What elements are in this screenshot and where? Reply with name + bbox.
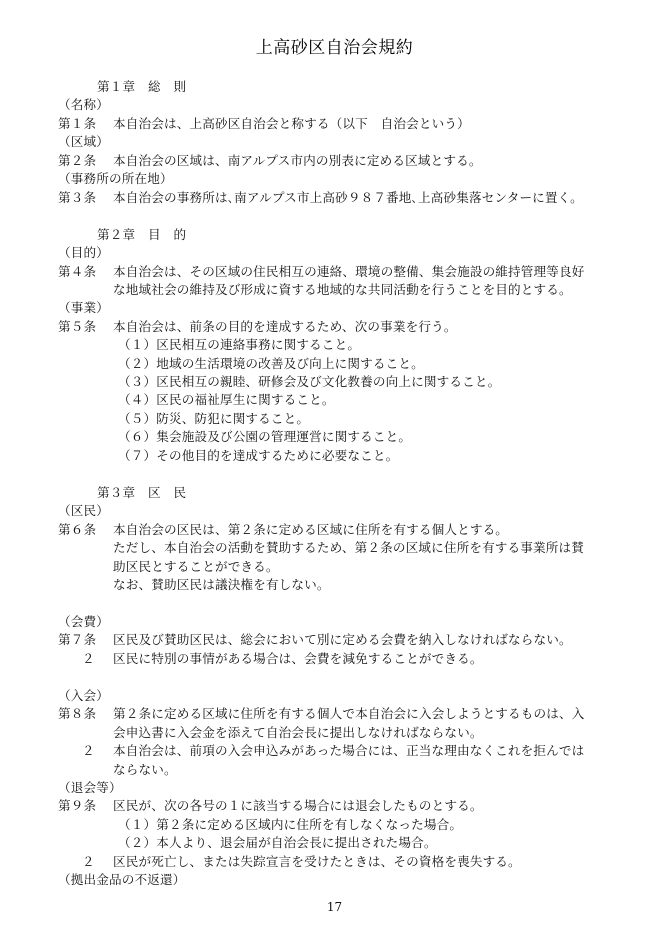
article-continuation: ただし、本自治会の活動を賛助するため、第２条の区域に住所を有する事業所は賛 <box>113 539 584 557</box>
list-item: （６）集会施設及び公園の管理運営に関すること。 <box>118 428 411 446</box>
article-continuation: 会申込書に入会金を添えて自治会長に提出しなければならない。 <box>113 724 483 742</box>
article-caption: （入会） <box>58 687 109 705</box>
article-2: 第２条本自治会の区域は、南アルプス市内の別表に定める区域とする。 <box>58 152 482 170</box>
article-number: 第８条 <box>58 705 113 723</box>
article-paragraph: ２区民に特別の事情がある場合は、会費を減免することができる。 <box>82 650 483 668</box>
article-text: 本自治会の区域は、南アルプス市内の別表に定める区域とする。 <box>113 153 482 168</box>
chapter-heading: 第２章 目 的 <box>97 226 186 244</box>
article-number: 第９条 <box>58 797 113 815</box>
article-number: 第３条 <box>58 189 113 207</box>
article-6: 第６条本自治会の区民は、第２条に定める区域に住所を有する個人とする。 <box>58 521 508 539</box>
list-item: （４）区民の福祉厚生に関すること。 <box>118 391 335 409</box>
article-text: 本自治会の事務所は､南アルプス市上高砂９８７番地､上高砂集落センターに置く。 <box>113 190 583 205</box>
article-number: 第２条 <box>58 152 113 170</box>
list-item: （２）本人より、退会届が自治会長に提出された場合。 <box>118 834 437 852</box>
article-continuation: ならない。 <box>113 761 177 779</box>
article-paragraph: ２区民が死亡し、または失踪宣言を受けたときは、その資格を喪失する。 <box>82 853 521 871</box>
article-9: 第９条区民が、次の各号の１に該当する場合には退会したものとする。 <box>58 797 483 815</box>
list-item: （５）防災、防犯に関すること。 <box>118 410 309 428</box>
document-title: 上高砂区自治会規約 <box>0 33 669 58</box>
article-text: 区民が、次の各号の１に該当する場合には退会したものとする。 <box>113 798 483 813</box>
list-item: （７）その他目的を達成するために必要なこと。 <box>118 447 398 465</box>
list-item: （３）区民相互の親睦、研修会及び文化教養の向上に関すること。 <box>118 373 500 391</box>
page-number: 17 <box>0 900 669 914</box>
paragraph-text: 区民に特別の事情がある場合は、会費を減免することができる。 <box>113 651 483 666</box>
article-text: 本自治会は、前条の目的を達成するため、次の事業を行う。 <box>113 319 457 334</box>
article-caption: （退会等） <box>58 779 122 797</box>
article-number: 第７条 <box>58 631 113 649</box>
article-paragraph: ２本自治会は、前項の入会申込みがあった場合には、正当な理由なくこれを拒んでは <box>82 742 584 760</box>
paragraph-text: 区民が死亡し、または失踪宣言を受けたときは、その資格を喪失する。 <box>113 854 521 869</box>
article-caption: （目的） <box>58 244 109 262</box>
chapter-heading: 第３章 区 民 <box>97 484 186 502</box>
article-4: 第４条本自治会は、その区域の住民相互の連絡、環境の整備、集会施設の維持管理等良好 <box>58 263 585 281</box>
article-continuation: な地域社会の維持及び形成に資する地域的な共同活動を行うことを目的とする。 <box>113 281 572 299</box>
list-item: （２）地域の生活環境の改善及び向上に関すること。 <box>118 355 424 373</box>
article-number: 第１条 <box>58 115 113 133</box>
article-text: 区民及び賛助区民は、総会において別に定める会費を納入しなければならない。 <box>113 632 572 647</box>
article-caption: （拠出金品の不返還） <box>58 871 185 889</box>
article-continuation: なお、賛助区民は議決権を有しない。 <box>113 576 330 594</box>
article-text: 本自治会の区民は、第２条に定める区域に住所を有する個人とする。 <box>113 522 508 537</box>
article-caption: （名称） <box>58 96 109 114</box>
article-8: 第８条第２条に定める区域に住所を有する個人で本自治会に入会しようとするものは、入 <box>58 705 585 723</box>
paragraph-number: ２ <box>82 853 113 871</box>
article-caption: （事業） <box>58 299 109 317</box>
article-text: 本自治会は、上高砂区自治会と称する（以下 自治会という） <box>113 116 470 131</box>
article-number: 第６条 <box>58 521 113 539</box>
paragraph-number: ２ <box>82 650 113 668</box>
article-caption: （区域） <box>58 133 109 151</box>
list-item: （１）第２条に定める区域内に住所を有しなくなった場合。 <box>118 816 462 834</box>
article-text: 第２条に定める区域に住所を有する個人で本自治会に入会しようとするものは、入 <box>113 706 585 721</box>
article-text: 本自治会は、その区域の住民相互の連絡、環境の整備、集会施設の維持管理等良好 <box>113 264 585 279</box>
article-caption: （事務所の所在地） <box>58 170 173 188</box>
article-number: 第５条 <box>58 318 113 336</box>
paragraph-number: ２ <box>82 742 113 760</box>
article-caption: （区民） <box>58 502 109 520</box>
article-5: 第５条本自治会は、前条の目的を達成するため、次の事業を行う。 <box>58 318 457 336</box>
list-item: （１）区民相互の連絡事務に関すること。 <box>118 336 360 354</box>
article-7: 第７条区民及び賛助区民は、総会において別に定める会費を納入しなければならない。 <box>58 631 572 649</box>
article-number: 第４条 <box>58 263 113 281</box>
article-3: 第３条本自治会の事務所は､南アルプス市上高砂９８７番地､上高砂集落センターに置く… <box>58 189 583 207</box>
article-caption: （会費） <box>58 613 109 631</box>
chapter-heading: 第１章 総 則 <box>97 78 186 96</box>
article-continuation: 助区民とすることができる。 <box>113 558 279 576</box>
paragraph-text: 本自治会は、前項の入会申込みがあった場合には、正当な理由なくこれを拒んでは <box>113 743 584 758</box>
article-1: 第１条本自治会は、上高砂区自治会と称する（以下 自治会という） <box>58 115 470 133</box>
